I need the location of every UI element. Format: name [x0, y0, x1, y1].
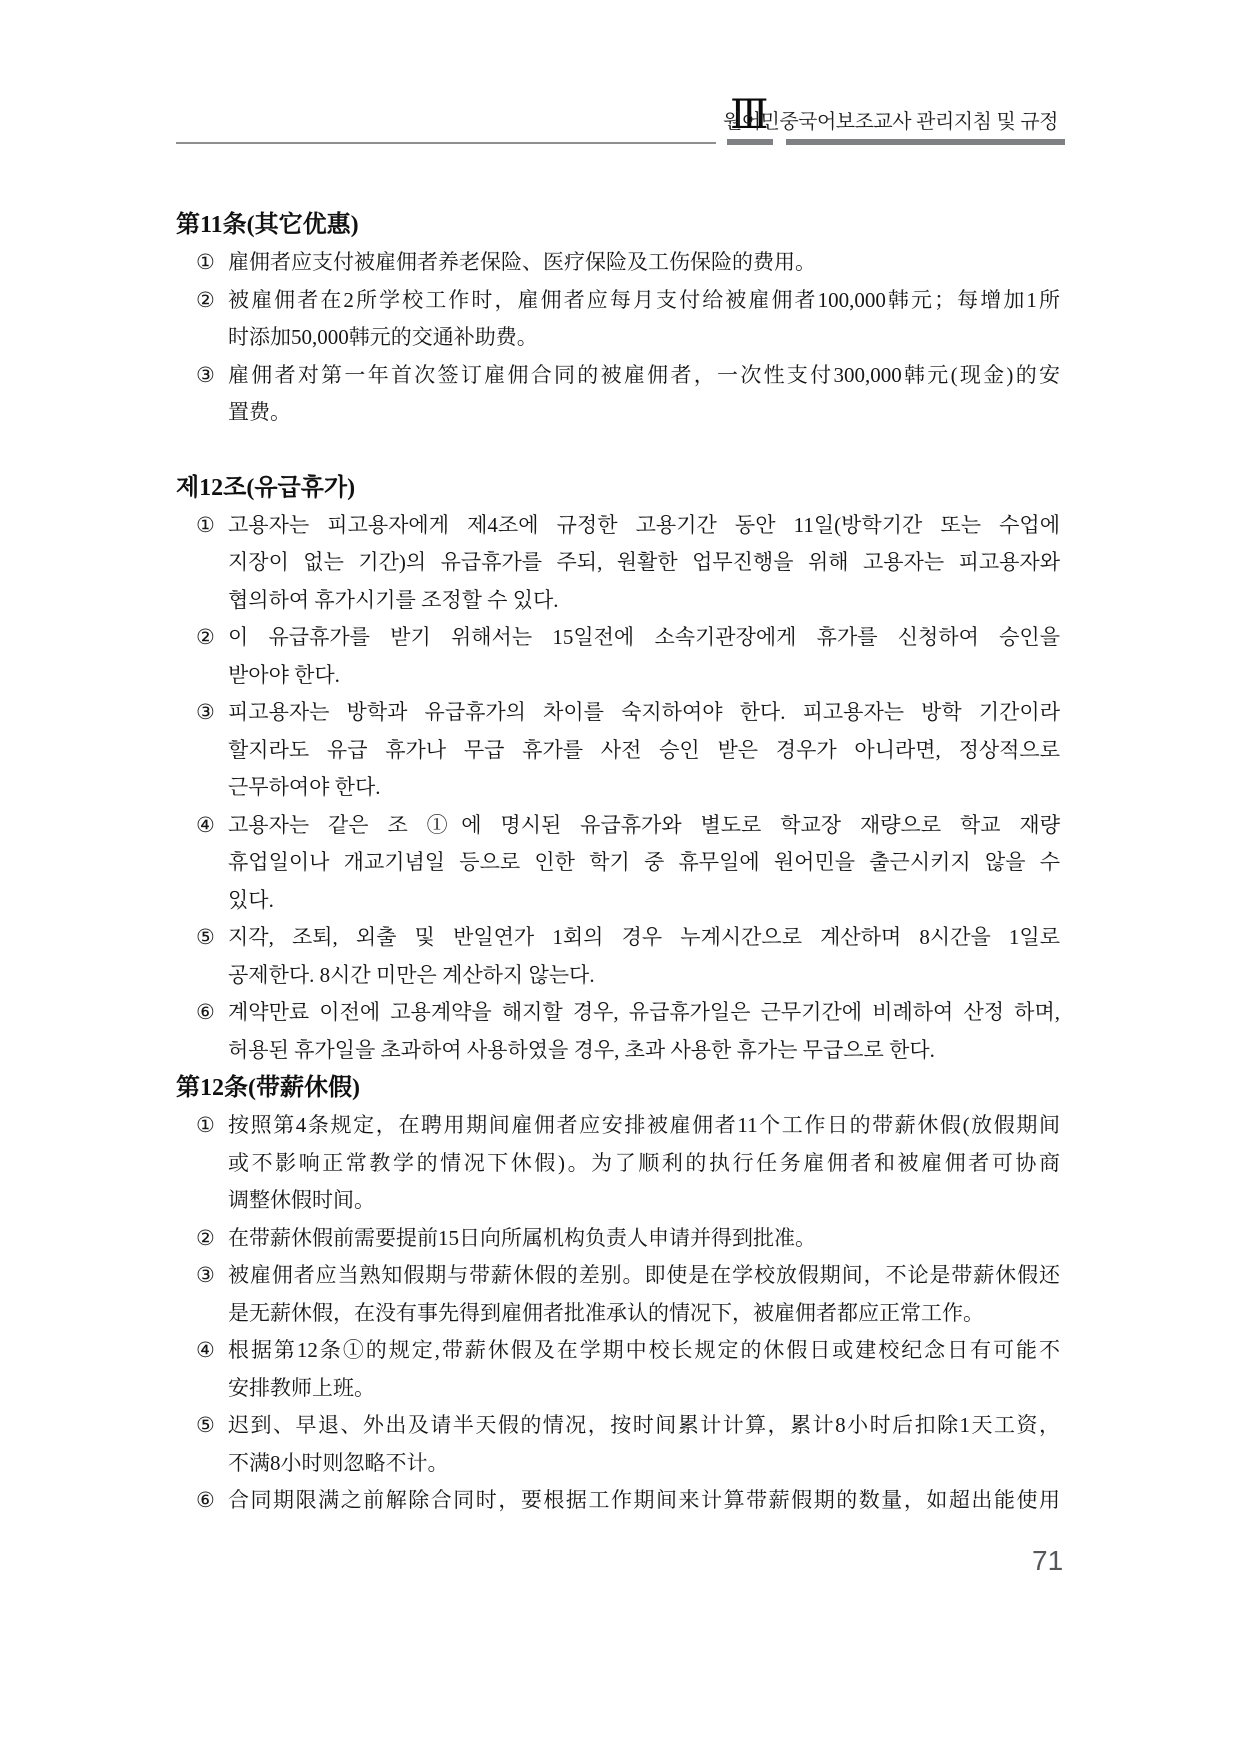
clause-number: ⑥ [196, 994, 215, 1032]
clause-text-line: 피고용자는 방학과 유급휴가의 차이를 숙지하여야 한다. 피고용자는 방학 기… [228, 694, 1060, 732]
clause-text-line: 雇佣者对第一年首次签订雇佣合同的被雇佣者，一次性支付300,000韩元(现金)的… [228, 357, 1060, 395]
section-1: 第11条(其它优惠)①雇佣者应支付被雇佣者养老保险、医疗保险及工伤保险的费用。②… [176, 206, 1060, 432]
clause-text-line: 按照第4条规定，在聘用期间雇佣者应安排被雇佣者11个工作日的带薪休假(放假期间 [228, 1107, 1060, 1145]
clause-number: ③ [196, 357, 215, 395]
clause-number: ③ [196, 1257, 215, 1295]
clause-text-line: 雇佣者应支付被雇佣者养老保险、医疗保险及工伤保险的费用。 [228, 244, 1060, 282]
clause-text-line: 허용된 휴가일을 초과하여 사용하였을 경우, 초과 사용한 휴가는 무급으로 … [228, 1032, 1060, 1070]
clause-item: ④고용자는 같은 조 ①에 명시된 유급휴가와 별도로 학교장 재량으로 학교 … [176, 807, 1060, 920]
clause-item: ③被雇佣者应当熟知假期与带薪休假的差别。即使是在学校放假期间，不论是带薪休假还是… [176, 1257, 1060, 1332]
section-title: 第11条(其它优惠) [176, 206, 1060, 244]
clause-item: ①고용자는 피고용자에게 제4조에 규정한 고용기간 동안 11일(방학기간 또… [176, 507, 1060, 620]
clause-number: ② [196, 619, 215, 657]
clause-text-line: 협의하여 휴가시기를 조정할 수 있다. [228, 582, 1060, 620]
clause-text-line: 迟到、早退、外出及请半天假的情况，按时间累计计算，累计8小时后扣除1天工资， [228, 1407, 1060, 1445]
running-head-title: 원어민중국어보조교사 관리지침 및 규정 [723, 110, 1058, 134]
clause-item: ①雇佣者应支付被雇佣者养老保险、医疗保险及工伤保险的费用。 [176, 244, 1060, 282]
clause-text-line: 合同期限满之前解除合同时，要根据工作期间来计算带薪假期的数量，如超出能使用 [228, 1482, 1060, 1520]
clause-text-line: 이 유급휴가를 받기 위해서는 15일전에 소속기관장에게 휴가를 신청하여 승… [228, 619, 1060, 657]
clause-text-line: 지각, 조퇴, 외출 및 반일연가 1회의 경우 누계시간으로 계산하며 8시간… [228, 919, 1060, 957]
header-rule-segment [727, 139, 773, 145]
clause-number: ② [196, 282, 215, 320]
clause-item: ②이 유급휴가를 받기 위해서는 15일전에 소속기관장에게 휴가를 신청하여 … [176, 619, 1060, 694]
clause-item: ②被雇佣者在2所学校工作时，雇佣者应每月支付给被雇佣者100,000韩元；每增加… [176, 282, 1060, 357]
clause-text-line: 根据第12条①的规定,带薪休假及在学期中校长规定的休假日或建校纪念日有可能不 [228, 1332, 1060, 1370]
clause-number: ② [196, 1220, 215, 1258]
clause-text-line: 휴업일이나 개교기념일 등으로 인한 학기 중 휴무일에 원어민을 출근시키지 … [228, 844, 1060, 882]
clause-text-line: 근무하여야 한다. [228, 769, 1060, 807]
clause-text-line: 在带薪休假前需要提前15日向所属机构负责人申请并得到批准。 [228, 1220, 1060, 1258]
header-rule-long [786, 139, 1065, 145]
clause-number: ① [196, 244, 215, 282]
clause-text-line: 是无薪休假，在没有事先得到雇佣者批准承认的情况下，被雇佣者都应正常工作。 [228, 1295, 1060, 1333]
clause-text-line: 置费。 [228, 394, 1060, 432]
clause-number: ① [196, 507, 215, 545]
clause-text-line: 或不影响正常教学的情况下休假)。为了顺利的执行任务雇佣者和被雇佣者可协商 [228, 1145, 1060, 1183]
clause-number: ③ [196, 694, 215, 732]
clause-text-line: 계약만료 이전에 고용계약을 해지할 경우, 유급휴가일은 근무기간에 비례하여… [228, 994, 1060, 1032]
clause-text-line: 공제한다. 8시간 미만은 계산하지 않는다. [228, 957, 1060, 995]
clause-text-line: 지장이 없는 기간)의 유급휴가를 주되, 원활한 업무진행을 위해 고용자는 … [228, 544, 1060, 582]
clause-text-line: 不满8小时则忽略不计。 [228, 1445, 1060, 1483]
clause-number: ⑤ [196, 919, 215, 957]
clause-text-line: 고용자는 같은 조 ①에 명시된 유급휴가와 별도로 학교장 재량으로 학교 재… [228, 807, 1060, 845]
clause-item: ③피고용자는 방학과 유급휴가의 차이를 숙지하여야 한다. 피고용자는 방학 … [176, 694, 1060, 807]
document-page: Ⅲ 원어민중국어보조교사 관리지침 및 규정 第11条(其它优惠)①雇佣者应支付… [0, 0, 1240, 1753]
clause-item: ⑤지각, 조퇴, 외출 및 반일연가 1회의 경우 누계시간으로 계산하며 8시… [176, 919, 1060, 994]
clause-item: ⑥계약만료 이전에 고용계약을 해지할 경우, 유급휴가일은 근무기간에 비례하… [176, 994, 1060, 1069]
clause-text-line: 있다. [228, 882, 1060, 920]
clause-text-line: 고용자는 피고용자에게 제4조에 규정한 고용기간 동안 11일(방학기간 또는… [228, 507, 1060, 545]
section-title: 第12条(带薪休假) [176, 1069, 1060, 1107]
clause-number: ⑥ [196, 1482, 215, 1520]
article-body: 第11条(其它优惠)①雇佣者应支付被雇佣者养老保险、医疗保险及工伤保险的费用。②… [176, 206, 1060, 1520]
clause-text-line: 할지라도 유급 휴가나 무급 휴가를 사전 승인 받은 경우가 아니라면, 정상… [228, 732, 1060, 770]
clause-item: ③雇佣者对第一年首次签订雇佣合同的被雇佣者，一次性支付300,000韩元(现金)… [176, 357, 1060, 432]
clause-item: ②在带薪休假前需要提前15日向所属机构负责人申请并得到批准。 [176, 1220, 1060, 1258]
section-2: 제12조(유급휴가)①고용자는 피고용자에게 제4조에 규정한 고용기간 동안 … [176, 469, 1060, 1070]
clause-text-line: 安排教师上班。 [228, 1370, 1060, 1408]
clause-number: ④ [196, 807, 215, 845]
clause-item: ①按照第4条规定，在聘用期间雇佣者应安排被雇佣者11个工作日的带薪休假(放假期间… [176, 1107, 1060, 1220]
clause-number: ① [196, 1107, 215, 1145]
section-title: 제12조(유급휴가) [176, 469, 1060, 507]
header-rule-thin [176, 142, 716, 144]
clause-number: ④ [196, 1332, 215, 1370]
clause-text-line: 받아야 한다. [228, 657, 1060, 695]
clause-text-line: 被雇佣者在2所学校工作时，雇佣者应每月支付给被雇佣者100,000韩元；每增加1… [228, 282, 1060, 320]
section-3: 第12条(带薪休假)①按照第4条规定，在聘用期间雇佣者应安排被雇佣者11个工作日… [176, 1069, 1060, 1520]
clause-number: ⑤ [196, 1407, 215, 1445]
clause-item: ⑥合同期限满之前解除合同时，要根据工作期间来计算带薪假期的数量，如超出能使用 [176, 1482, 1060, 1520]
clause-text-line: 时添加50,000韩元的交通补助费。 [228, 319, 1060, 357]
clause-item: ④根据第12条①的规定,带薪休假及在学期中校长规定的休假日或建校纪念日有可能不安… [176, 1332, 1060, 1407]
clause-text-line: 被雇佣者应当熟知假期与带薪休假的差别。即使是在学校放假期间，不论是带薪休假还 [228, 1257, 1060, 1295]
clause-text-line: 调整休假时间。 [228, 1182, 1060, 1220]
page-number: 71 [1032, 1546, 1063, 1576]
clause-item: ⑤迟到、早退、外出及请半天假的情况，按时间累计计算，累计8小时后扣除1天工资，不… [176, 1407, 1060, 1482]
